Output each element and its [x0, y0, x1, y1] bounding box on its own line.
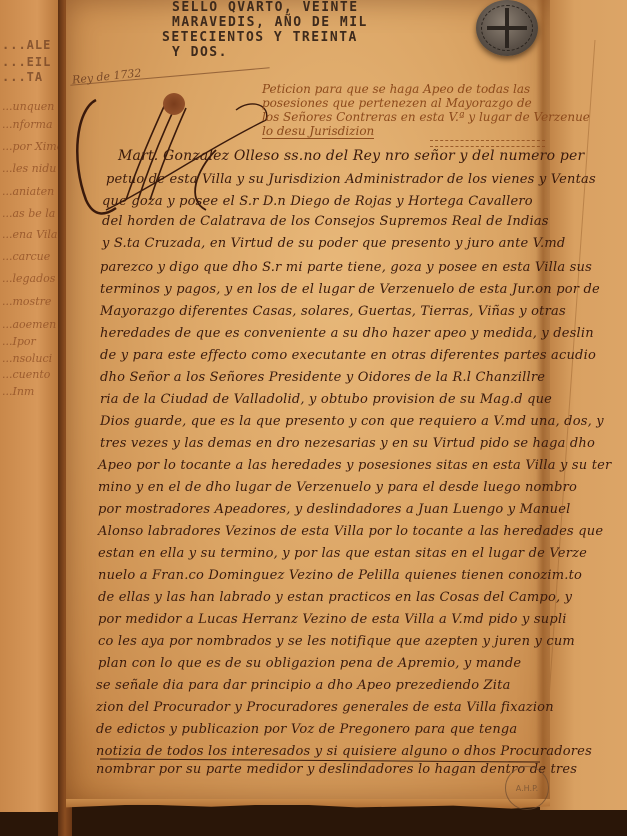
- body-line: plan con lo que es de su obligazion pena…: [98, 656, 521, 671]
- body-line: estan en ella y su termino, y por las qu…: [98, 546, 587, 561]
- left-stamp-fragment: ...TA: [2, 70, 43, 84]
- left-page-line: ...Ipor: [2, 335, 36, 348]
- heading-line: posesiones que pertenezen al Mayorazgo d…: [262, 96, 552, 110]
- left-page-line: ...Inm: [2, 385, 34, 398]
- body-line: heredades de que es conveniente a su dho…: [100, 326, 594, 341]
- body-line: de edictos y publicazion por Voz de Preg…: [96, 722, 517, 737]
- stamp-line: MARAVEDIS, AÑO DE MIL: [100, 15, 440, 30]
- left-page-line: ...aniaten: [2, 185, 54, 198]
- body-line: mino y en el de dho lugar de Verzenuelo …: [98, 480, 577, 495]
- stamp-line: Y DOS.: [100, 45, 440, 60]
- body-line: Alonso labradores Vezinos de esta Villa …: [98, 524, 603, 539]
- left-page-line: ...carcue: [2, 250, 50, 263]
- left-page-line: ...unquen: [2, 100, 54, 113]
- body-line: tres vezes y las demas en dro nezesarias…: [100, 436, 595, 451]
- left-page-line: ...legados: [2, 272, 55, 285]
- body-line: ria de la Ciudad de Valladolid, y obtubo…: [100, 392, 552, 407]
- body-line: zion del Procurador y Procuradores gener…: [96, 700, 554, 715]
- body-line: de ellas y las han labrado y estan pract…: [98, 590, 572, 605]
- body-line: del horden de Calatrava de los Consejos …: [102, 214, 549, 229]
- left-page-line: ...mostre: [2, 295, 51, 308]
- body-line: que goza y posee el S.r D.n Diego de Roj…: [102, 194, 533, 209]
- left-page-line: ...ena Vila: [2, 228, 57, 241]
- body-line: Mayorazgo diferentes Casas, solares, Gue…: [100, 304, 566, 319]
- seal-ring: [481, 5, 533, 51]
- body-line: y S.ta Cruzada, en Virtud de su poder qu…: [102, 236, 565, 251]
- body-line: nuelo a Fran.co Dominguez Vezino de Peli…: [98, 568, 582, 583]
- left-page-line: ...aoemen: [2, 318, 56, 331]
- marginal-heading: Peticion para que se haga Apeo de todas …: [262, 82, 552, 139]
- body-line: dho Señor a los Señores Presidente y Oid…: [100, 370, 545, 385]
- body-line: se señale dia para dar principio a dho A…: [96, 678, 511, 693]
- body-line: nombrar por su parte medidor y deslindad…: [96, 762, 577, 777]
- body-line: notizia de todos los interesados y si qu…: [96, 744, 592, 759]
- body-line: co les aya por nombrados y se les notifi…: [98, 634, 575, 649]
- heading-line: los Señores Contreras en esta V.ª y luga…: [262, 110, 552, 124]
- body-line: petuo de esta Villa y su Jurisdizion Adm…: [106, 172, 596, 187]
- left-page-line: ...as be la: [2, 207, 55, 220]
- body-line: parezco y digo que dho S.r mi parte tien…: [100, 260, 592, 275]
- ink-blot: [163, 93, 185, 115]
- body-line: Mart. Gonzalez Olleso ss.no del Rey nro …: [118, 148, 584, 164]
- body-line: por mostradores Apeadores, y deslindador…: [98, 502, 571, 517]
- body-line: de y para este effecto como executante e…: [100, 348, 596, 363]
- left-stamp-fragment: ...EIL: [2, 55, 51, 69]
- heading-line: Peticion para que se haga Apeo de todas …: [262, 82, 552, 96]
- body-line: Dios guarde, que es la que presento y co…: [100, 414, 604, 429]
- archive-stamp: A.H.P.: [505, 766, 549, 810]
- left-page-line: ...por Ximo: [2, 140, 62, 153]
- heading-line: lo desu Jurisdizion: [262, 124, 374, 139]
- heading-rule: [430, 140, 545, 147]
- wax-seal-icon: [476, 0, 538, 56]
- sealed-paper-stamp: SELLO QVARTO, VEINTE MARAVEDIS, AÑO DE M…: [100, 0, 440, 60]
- left-page-line: ...les nidu: [2, 162, 56, 175]
- left-stamp-fragment: ...ALE: [2, 38, 51, 52]
- left-page-line: ...nforma: [2, 118, 53, 131]
- left-page-fragment: ...ALE ...EIL ...TA ...unquen ...nforma …: [0, 0, 62, 812]
- stamp-line: SELLO QVARTO, VEINTE: [100, 0, 440, 15]
- body-line: por medidor a Lucas Herranz Vezino de es…: [98, 612, 567, 627]
- body-line: terminos y pagos, y en los de el lugar d…: [100, 282, 600, 297]
- body-line: Apeo por lo tocante a las heredades y po…: [98, 458, 611, 473]
- stamp-line: SETECIENTOS Y TREINTA: [100, 30, 440, 45]
- manuscript-photo: ...ALE ...EIL ...TA ...unquen ...nforma …: [0, 0, 627, 836]
- left-page-line: ...cuento: [2, 368, 50, 381]
- left-page-line: ...nsoluci: [2, 352, 52, 365]
